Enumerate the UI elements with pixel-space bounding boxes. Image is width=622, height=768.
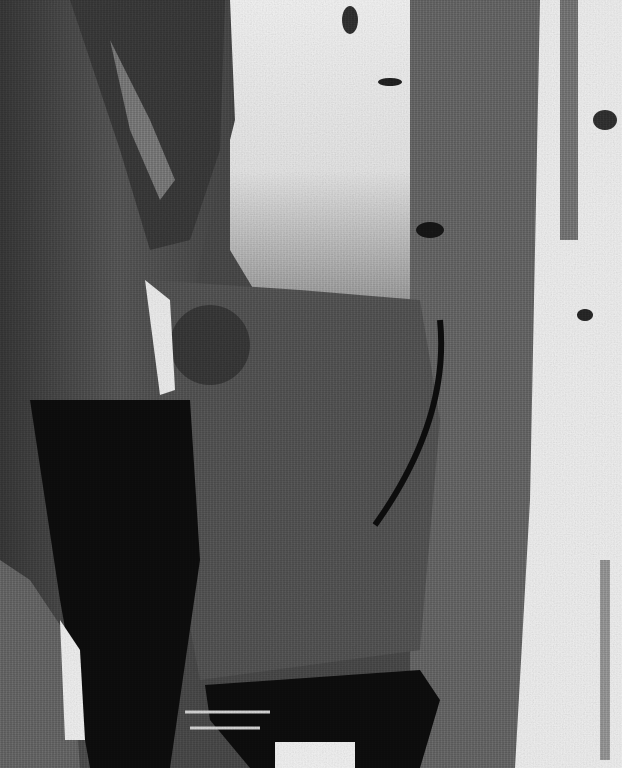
photograph: Degraded high-contrast grayscale photogr… xyxy=(0,0,622,768)
photo-scene xyxy=(0,0,622,768)
